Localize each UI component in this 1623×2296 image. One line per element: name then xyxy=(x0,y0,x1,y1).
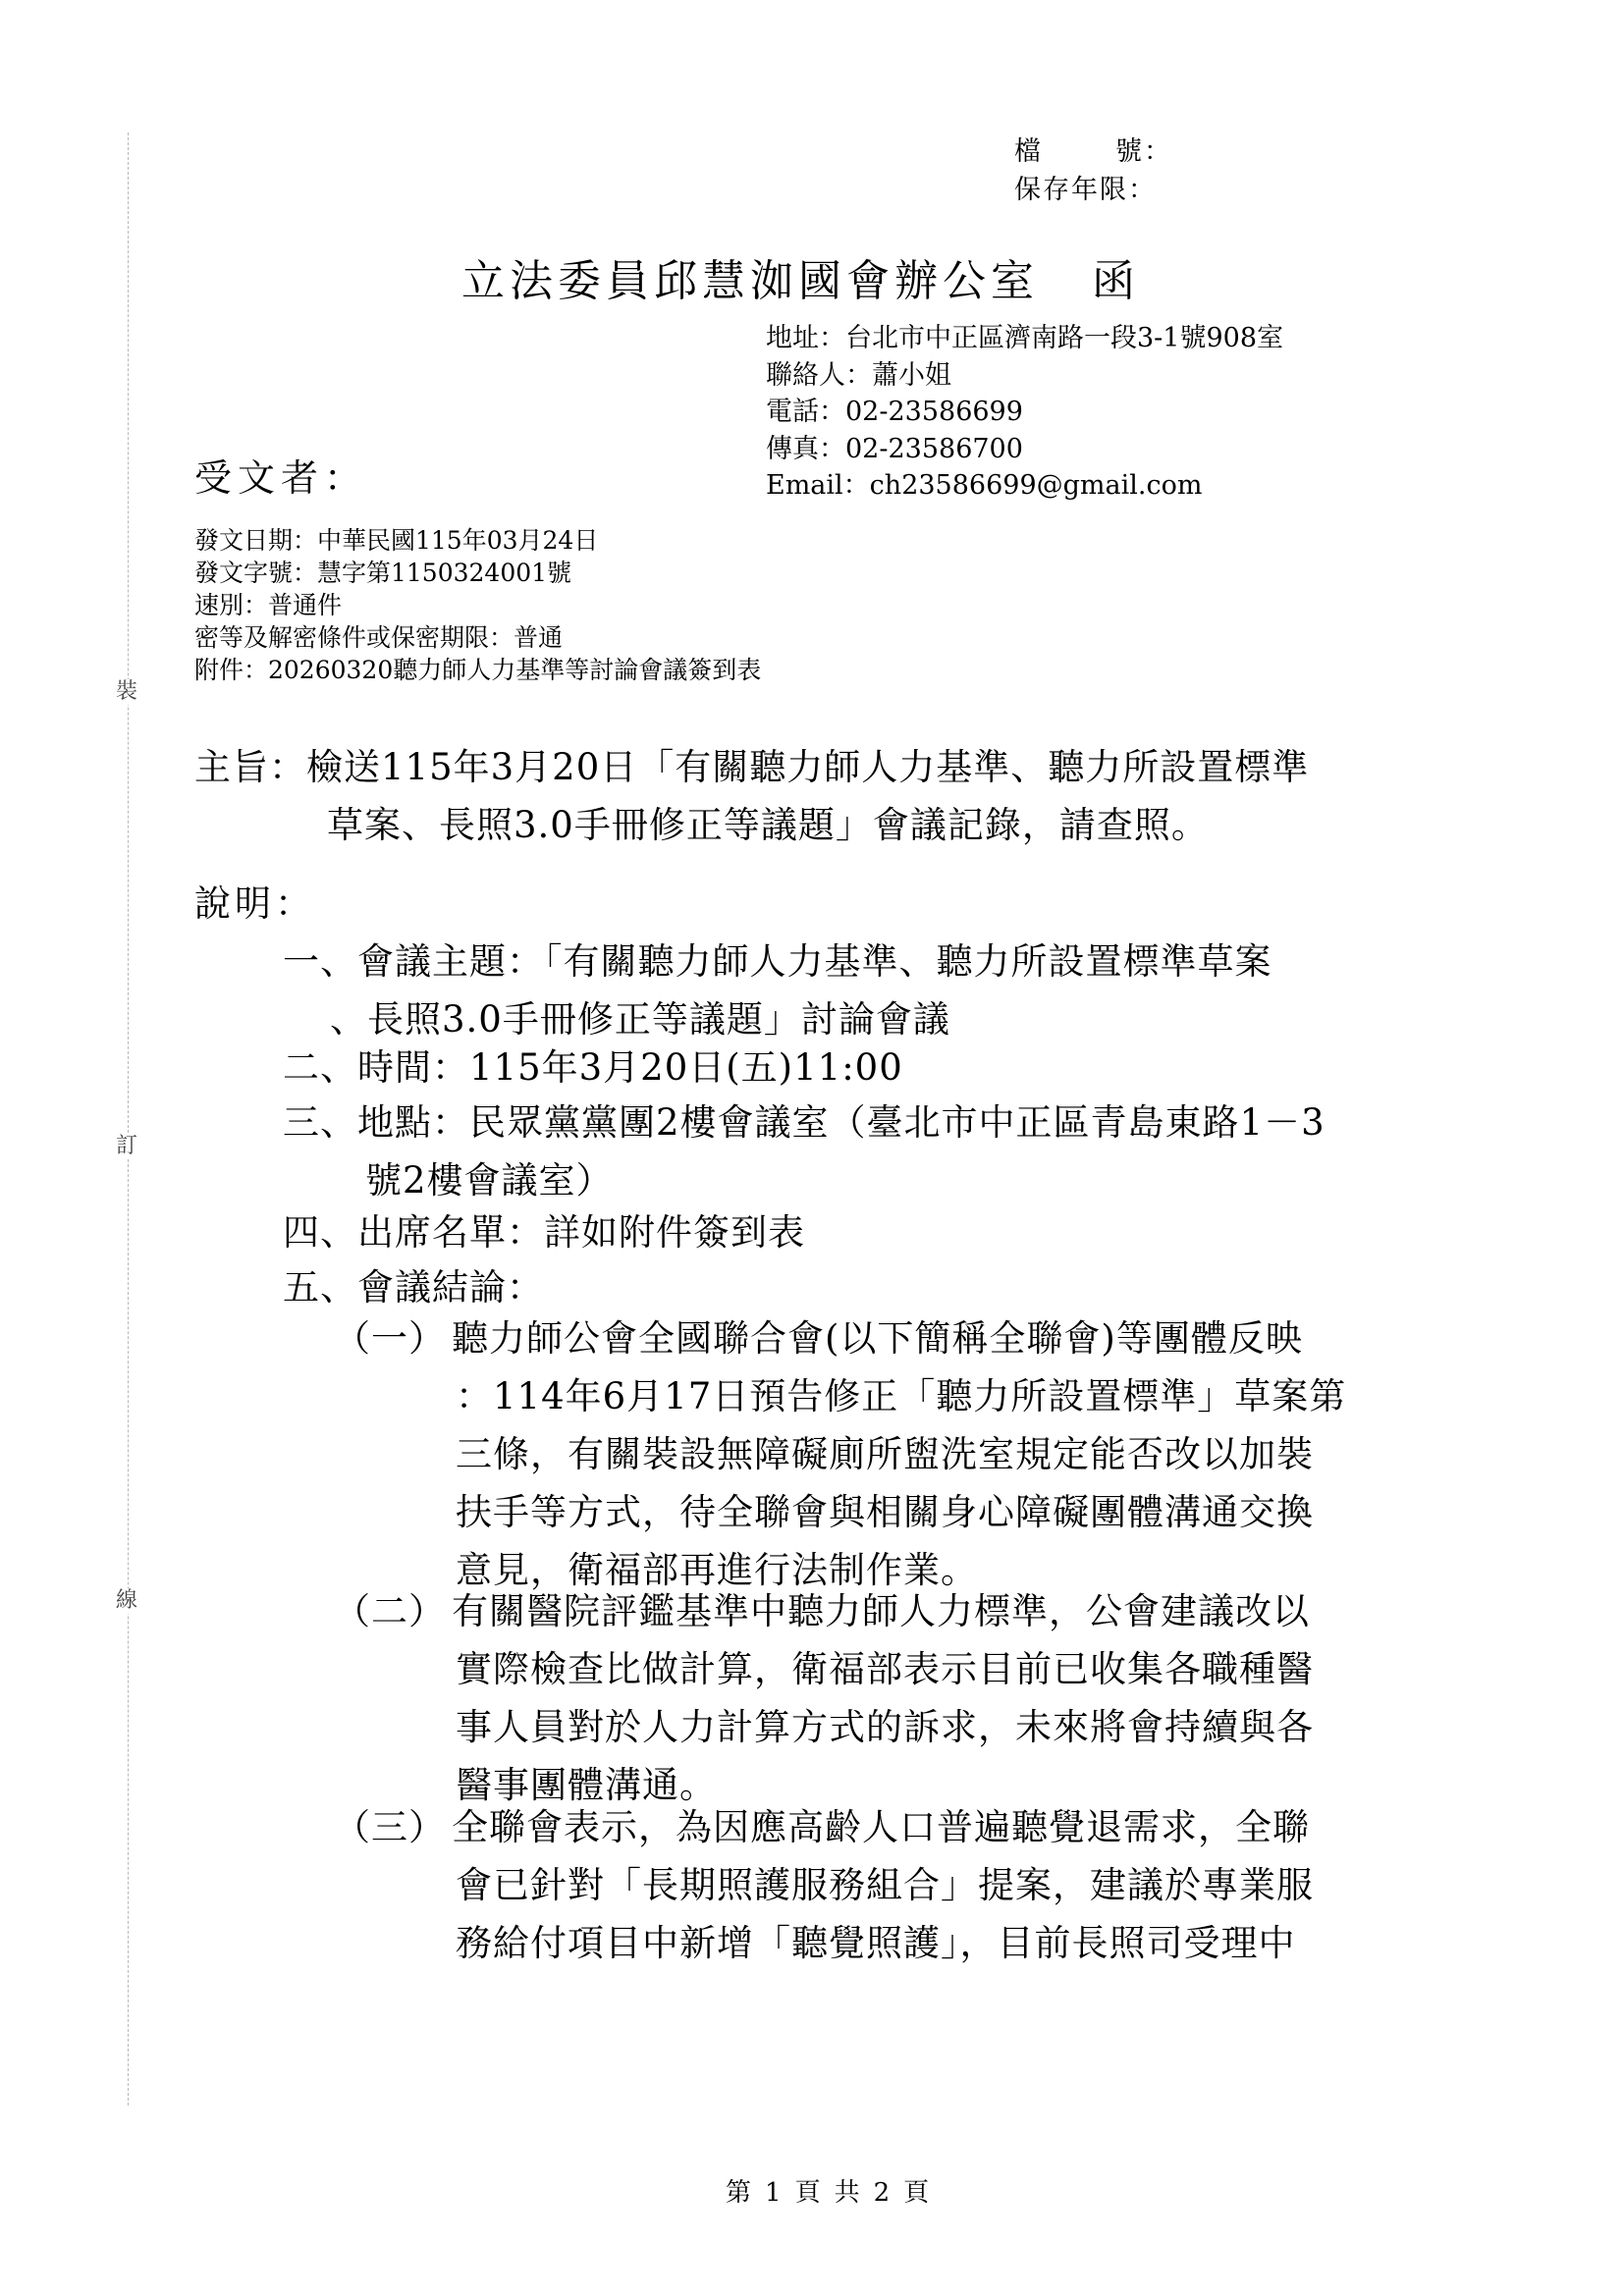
attachment: 附件：20260320聽力師人力基準等討論會議簽到表 xyxy=(194,654,761,686)
page-indicator: 第1頁共2頁 xyxy=(720,2172,937,2209)
binding-mark-bottom: 線 xyxy=(116,1588,137,1614)
document-title: 立法委員邱慧洳國會辦公室函 xyxy=(461,245,1140,308)
contact-person: 聯絡人：蕭小姐 xyxy=(766,357,1283,395)
issue-date: 發文日期：中華民國115年03月24日 xyxy=(194,524,761,557)
conclusion-2: （二）有關醫院評鑑基準中聽力師人力標準，公會建議改以 實際檢查比做計算，衛福部表… xyxy=(334,1582,1314,1814)
document-number: 發文字號：慧字第1150324001號 xyxy=(194,557,761,589)
conclusion-3: （三）全聯會表示，為因應高齡人口普遍聽覺退需求，全聯 會已針對「長期照護服務組合… xyxy=(334,1798,1314,1972)
explanation-heading: 說明： xyxy=(194,874,315,927)
explanation-item-conclusions: 五、會議結論： xyxy=(283,1258,544,1316)
document-type: 函 xyxy=(1092,256,1140,306)
conclusion-1: （一）聽力師公會全國聯合會(以下簡稱全聯會)等團體反映 ：114年6月17日預告… xyxy=(334,1309,1346,1599)
binding-mark-middle: 訂 xyxy=(116,1134,137,1159)
current-page: 1 xyxy=(765,2178,784,2208)
binding-mark-top: 裝 xyxy=(116,679,137,705)
issuance-meta: 發文日期：中華民國115年03月24日 發文字號：慧字第1150324001號 … xyxy=(194,524,761,686)
retention-period-label: 保存年限： xyxy=(1014,172,1157,209)
conclusion-number: （二） xyxy=(334,1582,452,1640)
subject: 主旨：檢送115年3月20日「有關聽力師人力基準、聽力所設置標準 草案、長照3.… xyxy=(194,738,1309,854)
recipient-label: 受文者： xyxy=(194,448,367,502)
subject-line-2: 草案、長照3.0手冊修正等議題」會議記錄，請查照。 xyxy=(194,796,1309,854)
fax: 傳真：02-23586700 xyxy=(766,431,1283,468)
subject-line-1: 主旨：檢送115年3月20日「有關聽力師人力基準、聽力所設置標準 xyxy=(194,738,1309,796)
explanation-item-attendees: 四、出席名單：詳如附件簽到表 xyxy=(283,1203,805,1261)
conclusion-number: （一） xyxy=(334,1309,452,1367)
explanation-item-topic: 一、會議主題：「有關聽力師人力基準、聽力所設置標準草案 、長照3.0手冊修正等議… xyxy=(283,933,1272,1048)
file-number-label: 檔號： xyxy=(1014,133,1172,171)
phone: 電話：02-23586699 xyxy=(766,394,1283,431)
delivery-speed: 速別：普通件 xyxy=(194,589,761,621)
total-pages: 2 xyxy=(874,2178,893,2208)
email: Email：ch23586699@gmail.com xyxy=(766,467,1283,505)
address: 地址：台北市中正區濟南路一段3-1號908室 xyxy=(766,320,1283,357)
binding-line xyxy=(128,133,129,2106)
confidentiality-level: 密等及解密條件或保密期限：普通 xyxy=(194,621,761,654)
office-name: 立法委員邱慧洳國會辦公室 xyxy=(461,256,1039,306)
explanation-item-location: 三、地點：民眾黨黨團2樓會議室（臺北市中正區青島東路1－3 號2樓會議室） xyxy=(283,1094,1325,1209)
conclusion-number: （三） xyxy=(334,1798,452,1856)
explanation-item-time: 二、時間：115年3月20日(五)11:00 xyxy=(283,1039,903,1096)
contact-block: 地址：台北市中正區濟南路一段3-1號908室 聯絡人：蕭小姐 電話：02-235… xyxy=(766,320,1283,505)
